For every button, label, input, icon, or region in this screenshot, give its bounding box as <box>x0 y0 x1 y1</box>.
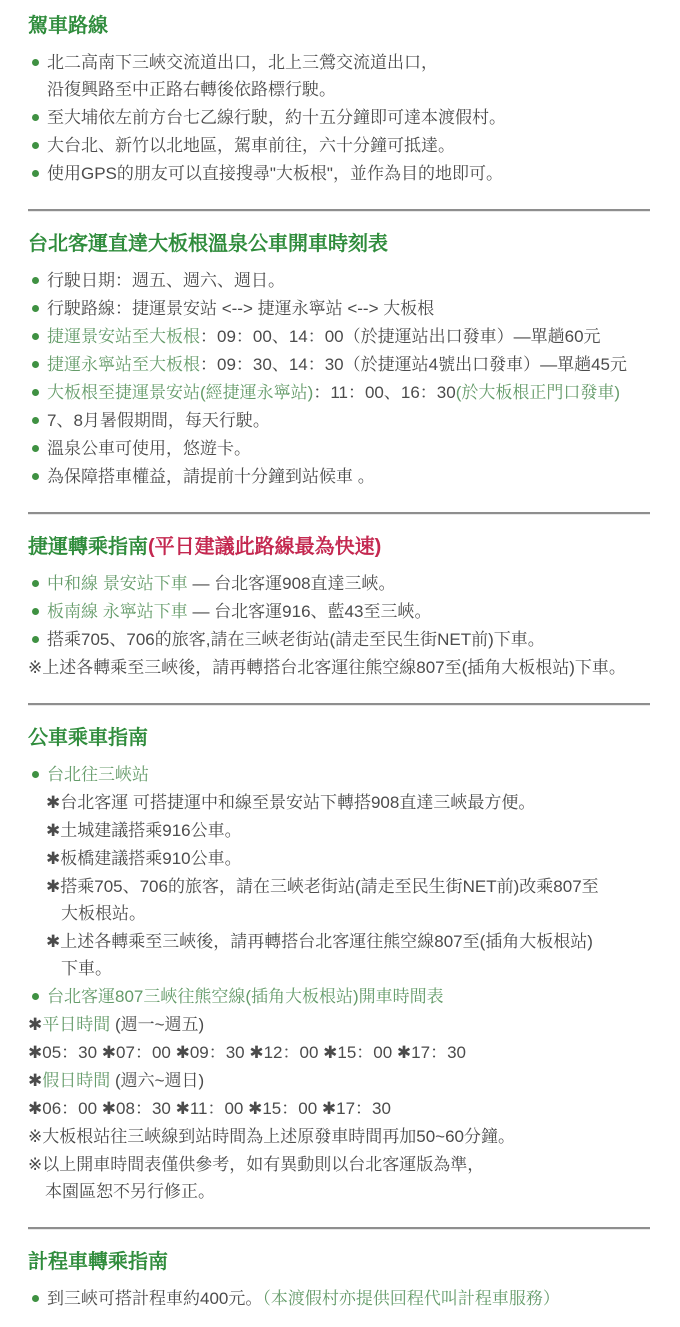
text-run: 中和線 景安站下車 <box>47 574 188 593</box>
text-run: 使用GPS的朋友可以直接搜尋"大板根"，並作為目的地即可。 <box>47 164 503 183</box>
text-run: — 台北客運916、藍43至三峽。 <box>188 602 432 621</box>
section-title-text: 台北客運直達大板根溫泉公車開車時刻表 <box>28 233 388 255</box>
bullet-dot-icon <box>32 993 39 1000</box>
list-item: ✱假日時間 (週六~週日) <box>28 1067 650 1094</box>
list-item: ✱06：00 ✱08：30 ✱11：00 ✱15：00 ✱17：30 <box>28 1095 650 1122</box>
list-item: ✱台北客運 可搭捷運中和線至景安站下轉搭908直達三峽最方便。 <box>28 789 650 816</box>
list-item: ※以上開車時間表僅供參考，如有異動則以台北客運版為準，本園區恕不另行修正。 <box>28 1151 650 1205</box>
text-run: （本渡假村亦提供回程代叫計程車服務） <box>262 1289 560 1308</box>
section-driving-route: 駕車路線北二高南下三峽交流道出口，北上三鶯交流道出口，沿復興路至中正路右轉後依路… <box>28 12 650 187</box>
bullet-dot-icon <box>32 361 39 368</box>
bullet-dot-icon <box>32 473 39 480</box>
section-divider <box>28 512 650 515</box>
section-title-note: (平日建議此路線最為快速) <box>148 536 381 558</box>
text-run: 行駛路線：捷運景安站 <--> 捷運永寧站 <--> 大板根 <box>47 299 434 318</box>
text-run: 捷運景安站至大板根 <box>47 327 200 346</box>
list-item: 北二高南下三峽交流道出口，北上三鶯交流道出口，沿復興路至中正路右轉後依路標行駛。 <box>28 49 650 103</box>
list-item: 捷運永寧站至大板根：09：30、14：30（於捷運站4號出口發車）—單趟45元 <box>28 351 650 378</box>
section-title-text: 捷運轉乘指南 <box>28 536 148 558</box>
section-title-text: 駕車路線 <box>28 15 108 37</box>
text-run: ✱上述各轉乘至三峽後，請再轉搭台北客運往熊空線807至(插角大板根站) <box>46 932 593 951</box>
bullet-dot-icon <box>32 277 39 284</box>
list-item: 板南線 永寧站下車 — 台北客運916、藍43至三峽。 <box>28 598 650 625</box>
text-run: 沿復興路至中正路右轉後依路標行駛。 <box>47 80 336 99</box>
list-item: 行駛日期：週五、週六、週日。 <box>28 267 650 294</box>
section-title-mrt-transfer-guide: 捷運轉乘指南(平日建議此路線最為快速) <box>28 533 650 561</box>
list-item: 至大埔依左前方台七乙線行駛，約十五分鐘即可達本渡假村。 <box>28 104 650 131</box>
text-run: 溫泉公車可使用，悠遊卡。 <box>47 439 251 458</box>
text-run: 大台北、新竹以北地區，駕車前往，六十分鐘可抵達。 <box>47 136 455 155</box>
text-run: 搭乘705、706的旅客,請在三峽老街站(請走至民生街NET前)下車。 <box>47 630 545 649</box>
bullet-dot-icon <box>32 142 39 149</box>
text-run: 北二高南下三峽交流道出口，北上三鶯交流道出口， <box>47 53 438 72</box>
list-item: 捷運景安站至大板根：09：00、14：00（於捷運站出口發車）—單趟60元 <box>28 323 650 350</box>
bullet-dot-icon <box>32 636 39 643</box>
text-run: ※上述各轉乘至三峽後，請再轉搭台北客運往熊空線807至(插角大板根站)下車。 <box>28 658 626 677</box>
list-item: 大板根至捷運景安站(經捷運永寧站)：11：00、16：30(於大板根正門口發車) <box>28 379 650 406</box>
text-run: 行駛日期：週五、週六、週日。 <box>47 271 285 290</box>
text-run: 假日時間 <box>42 1071 110 1090</box>
list-item: 大台北、新竹以北地區，駕車前往，六十分鐘可抵達。 <box>28 132 650 159</box>
bullet-dot-icon <box>32 114 39 121</box>
bullet-dot-icon <box>32 417 39 424</box>
text-run: 本園區恕不另行修正。 <box>45 1182 215 1201</box>
text-run: ✱06：00 ✱08：30 ✱11：00 ✱15：00 ✱17：30 <box>28 1099 391 1118</box>
bullet-dot-icon <box>32 59 39 66</box>
text-run: 7、8月暑假期間，每天行駛。 <box>47 411 270 430</box>
list-item: 中和線 景安站下車 — 台北客運908直達三峽。 <box>28 570 650 597</box>
list-item: 台北往三峽站 <box>28 761 650 788</box>
bullet-dot-icon <box>32 580 39 587</box>
text-run: 台北客運807三峽往熊空線(插角大板根站)開車時間表 <box>47 987 444 1006</box>
section-title-taxi-transfer-guide: 計程車轉乘指南 <box>28 1248 650 1276</box>
text-run: 台北往三峽站 <box>47 765 149 784</box>
text-run: 板南線 永寧站下車 <box>47 602 188 621</box>
section-divider <box>28 703 650 706</box>
section-title-bus-schedule: 台北客運直達大板根溫泉公車開車時刻表 <box>28 230 650 258</box>
list-item: 台北客運807三峽往熊空線(插角大板根站)開車時間表 <box>28 983 650 1010</box>
transport-info-page: 駕車路線北二高南下三峽交流道出口，北上三鶯交流道出口，沿復興路至中正路右轉後依路… <box>0 0 680 1327</box>
section-title-bus-ride-guide: 公車乘車指南 <box>28 724 650 752</box>
text-run: 捷運永寧站至大板根 <box>47 355 200 374</box>
text-run: (於大板根正門口發車) <box>456 383 620 402</box>
list-item: ※上述各轉乘至三峽後，請再轉搭台北客運往熊空線807至(插角大板根站)下車。 <box>28 654 650 681</box>
list-item: 使用GPS的朋友可以直接搜尋"大板根"，並作為目的地即可。 <box>28 160 650 187</box>
list-item: 搭乘705、706的旅客,請在三峽老街站(請走至民生街NET前)下車。 <box>28 626 650 653</box>
bullet-dot-icon <box>32 771 39 778</box>
bullet-dot-icon <box>32 445 39 452</box>
list-item: 為保障搭車權益，請提前十分鐘到站候車 。 <box>28 463 650 490</box>
text-run: ✱05：30 ✱07：00 ✱09：30 ✱12：00 ✱15：00 ✱17：3… <box>28 1043 466 1062</box>
section-bus-ride-guide: 公車乘車指南台北往三峽站✱台北客運 可搭捷運中和線至景安站下轉搭908直達三峽最… <box>28 724 650 1205</box>
section-mrt-transfer-guide: 捷運轉乘指南(平日建議此路線最為快速)中和線 景安站下車 — 台北客運908直達… <box>28 533 650 681</box>
text-run: ※大板根站往三峽線到站時間為上述原發車時間再加50~60分鐘。 <box>28 1127 515 1146</box>
text-run: ✱ <box>28 1071 42 1090</box>
text-run: ✱土城建議搭乘916公車。 <box>46 821 242 840</box>
text-run: ✱ <box>28 1015 42 1034</box>
bullet-dot-icon <box>32 608 39 615</box>
text-run: ✱板橋建議搭乘910公車。 <box>46 849 242 868</box>
text-run: 大板根至捷運景安站(經捷運永寧站) <box>47 383 313 402</box>
list-item: 到三峽可搭計程車約400元。（本渡假村亦提供回程代叫計程車服務） <box>28 1285 650 1312</box>
section-divider <box>28 209 650 212</box>
text-run: 到三峽可搭計程車約400元。 <box>47 1289 262 1308</box>
bullet-dot-icon <box>32 1295 39 1302</box>
section-title-text: 計程車轉乘指南 <box>28 1251 168 1273</box>
text-run: 下車。 <box>61 959 112 978</box>
list-item: 7、8月暑假期間，每天行駛。 <box>28 407 650 434</box>
bullet-dot-icon <box>32 389 39 396</box>
list-item: 行駛路線：捷運景安站 <--> 捷運永寧站 <--> 大板根 <box>28 295 650 322</box>
section-taxi-transfer-guide: 計程車轉乘指南到三峽可搭計程車約400元。（本渡假村亦提供回程代叫計程車服務） <box>28 1248 650 1312</box>
text-run: ✱台北客運 可搭捷運中和線至景安站下轉搭908直達三峽最方便。 <box>46 793 535 812</box>
text-run: — 台北客運908直達三峽。 <box>188 574 396 593</box>
text-run: ✱搭乘705、706的旅客，請在三峽老街站(請走至民生街NET前)改乘807至 <box>46 877 599 896</box>
bullet-dot-icon <box>32 170 39 177</box>
bullet-dot-icon <box>32 305 39 312</box>
text-run: 為保障搭車權益，請提前十分鐘到站候車 。 <box>47 467 375 486</box>
text-run: ※以上開車時間表僅供參考，如有異動則以台北客運版為準， <box>28 1155 484 1174</box>
section-title-text: 公車乘車指南 <box>28 727 148 749</box>
text-run: ：09：00、14：00（於捷運站出口發車）—單趟60元 <box>200 327 601 346</box>
section-bus-schedule: 台北客運直達大板根溫泉公車開車時刻表行駛日期：週五、週六、週日。行駛路線：捷運景… <box>28 230 650 490</box>
list-item: ✱上述各轉乘至三峽後，請再轉搭台北客運往熊空線807至(插角大板根站)下車。 <box>28 928 650 982</box>
text-run: 大板根站。 <box>61 904 146 923</box>
list-item: ✱土城建議搭乘916公車。 <box>28 817 650 844</box>
text-run: (週一~週五) <box>110 1015 204 1034</box>
list-item: 溫泉公車可使用，悠遊卡。 <box>28 435 650 462</box>
list-item: ✱平日時間 (週一~週五) <box>28 1011 650 1038</box>
text-run: (週六~週日) <box>110 1071 204 1090</box>
text-run: ：09：30、14：30（於捷運站4號出口發車）—單趟45元 <box>200 355 627 374</box>
list-item: ✱05：30 ✱07：00 ✱09：30 ✱12：00 ✱15：00 ✱17：3… <box>28 1039 650 1066</box>
section-title-driving-route: 駕車路線 <box>28 12 650 40</box>
section-divider <box>28 1227 650 1230</box>
list-item: ✱搭乘705、706的旅客，請在三峽老街站(請走至民生街NET前)改乘807至大… <box>28 873 650 927</box>
text-run: 平日時間 <box>42 1015 110 1034</box>
list-item: ✱板橋建議搭乘910公車。 <box>28 845 650 872</box>
text-run: ：11：00、16：30 <box>313 383 455 402</box>
bullet-dot-icon <box>32 333 39 340</box>
list-item: ※大板根站往三峽線到站時間為上述原發車時間再加50~60分鐘。 <box>28 1123 650 1150</box>
text-run: 至大埔依左前方台七乙線行駛，約十五分鐘即可達本渡假村。 <box>47 108 506 127</box>
